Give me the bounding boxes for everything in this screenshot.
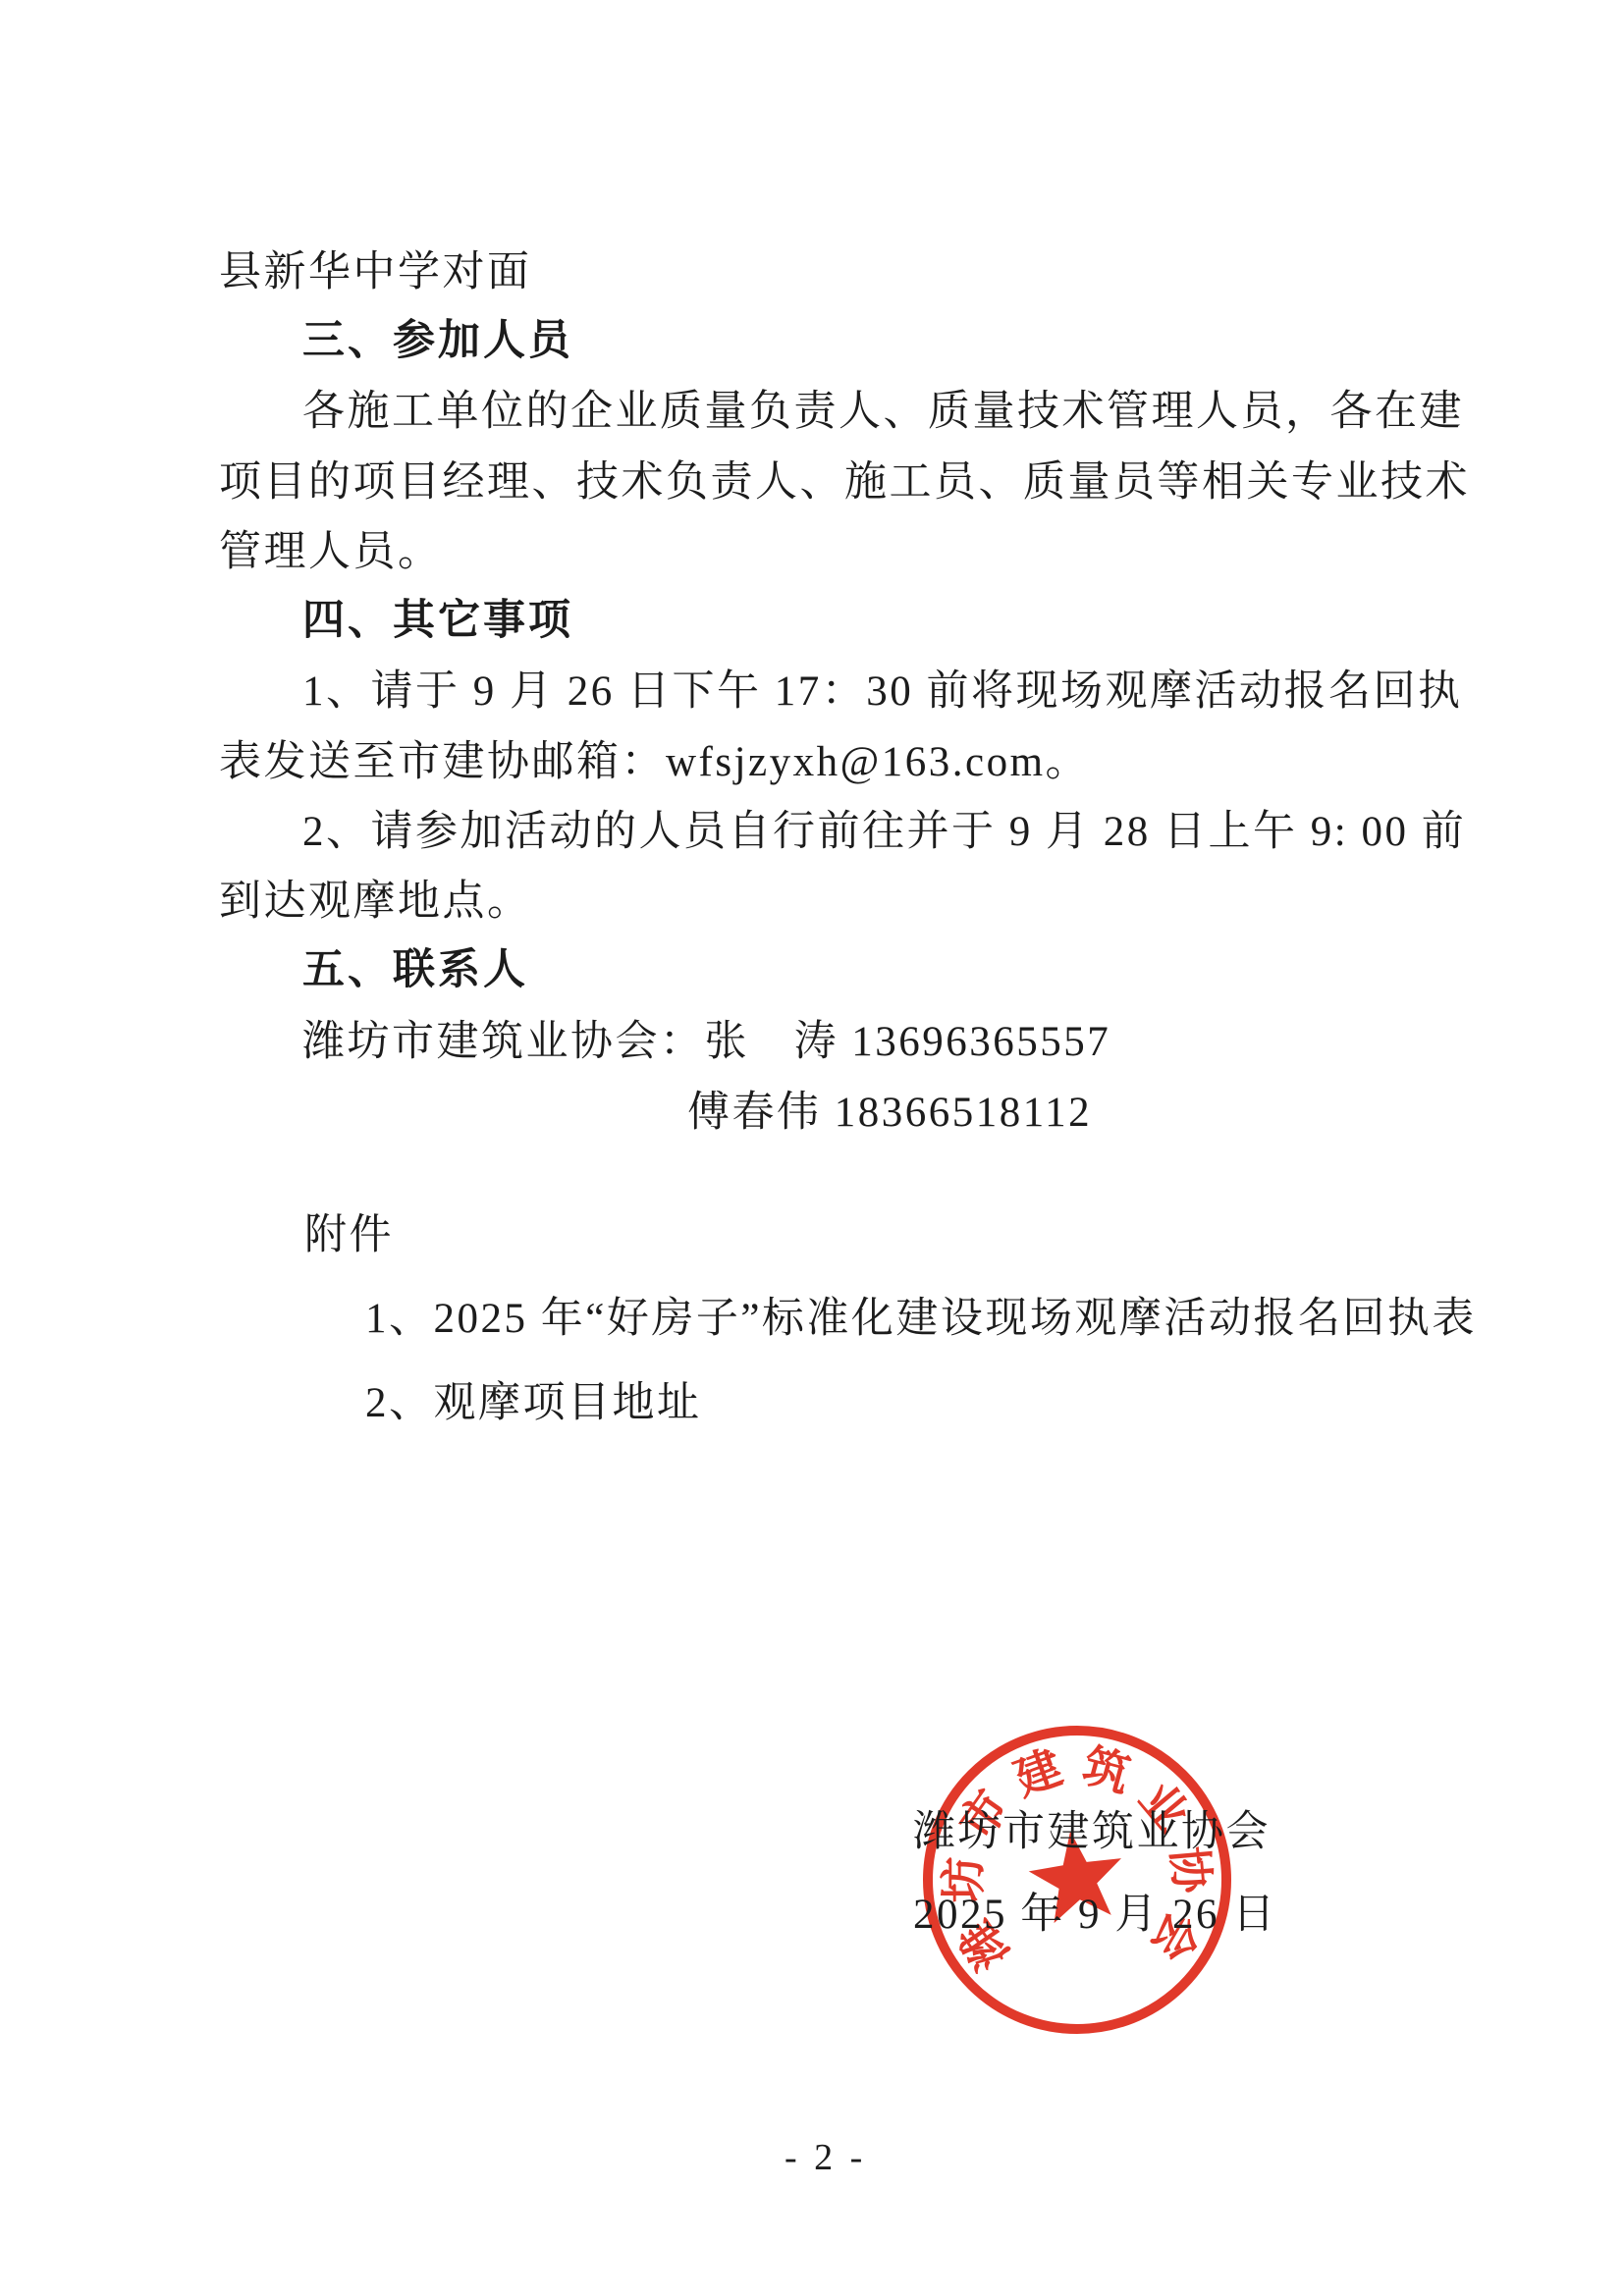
seal-arc-char: 建 <box>1007 1740 1068 1805</box>
attachments-label: 附件 <box>304 1210 394 1261</box>
heading-section-4-other-matters: 四、其它事项 <box>302 596 573 647</box>
heading-section-5-contacts: 五、联系人 <box>302 945 528 996</box>
para-participants-line-1: 各施工单位的企业质量负责人、质量技术管理人员，各在建 <box>302 387 1464 438</box>
attachment-item-2: 2、观摩项目地址 <box>365 1378 702 1429</box>
page-number: - 2 - <box>785 2136 866 2181</box>
signature-org: 潍坊市建筑业协会 <box>913 1807 1271 1858</box>
heading-section-3-participants: 三、参加人员 <box>302 316 573 367</box>
seal-arc-char: 筑 <box>1077 1738 1135 1800</box>
para-other-matters-2-line-2: 到达观摩地点。 <box>219 877 532 928</box>
contact-line-fu-chunwei: 傅春伟 18366518112 <box>687 1088 1092 1139</box>
para-other-matters-1-line-1: 1、请于 9 月 26 日下午 17：30 前将现场观摩活动报名回执 <box>302 667 1463 718</box>
line-location-detail: 县新华中学对面 <box>219 247 532 298</box>
contact-line-zhang-tao: 潍坊市建筑业协会：张 涛 13696365557 <box>302 1017 1110 1068</box>
official-seal: 潍坊市建筑业协会 <box>916 1719 1238 2041</box>
para-other-matters-1-line-2: 表发送至市建协邮箱：wfsjzyxh@163.com。 <box>219 737 1090 788</box>
document-page: 县新华中学对面 三、参加人员 各施工单位的企业质量负责人、质量技术管理人员，各在… <box>0 0 1624 2296</box>
attachment-item-1: 1、2025 年“好房子”标准化建设现场观摩活动报名回执表 <box>365 1294 1477 1345</box>
signature-date: 2025 年 9 月 26 日 <box>913 1890 1277 1941</box>
para-other-matters-2-line-1: 2、请参加活动的人员自行前往并于 9 月 28 日上午 9: 00 前 <box>302 807 1466 858</box>
para-participants-line-2: 项目的项目经理、技术负责人、施工员、质量员等相关专业技术 <box>219 457 1470 508</box>
para-participants-line-3: 管理人员。 <box>219 527 443 578</box>
